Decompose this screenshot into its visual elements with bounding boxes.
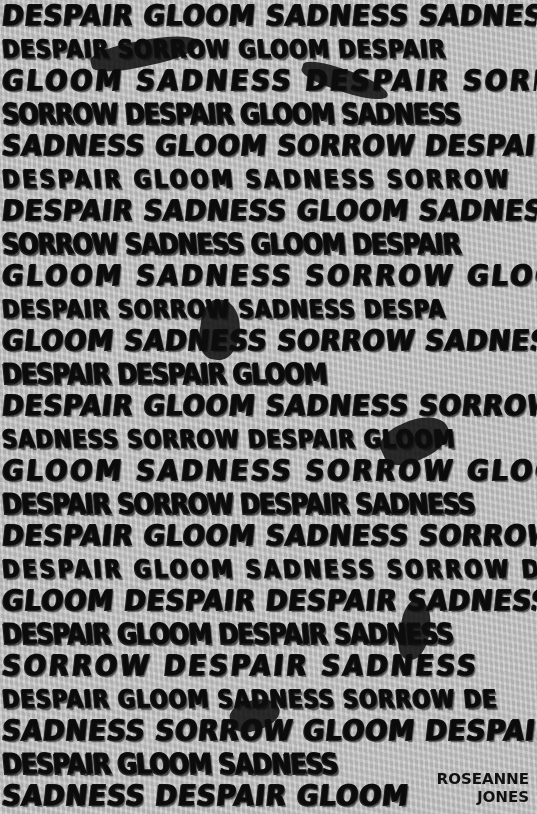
- word-row: GLOOM SADNESS DESPAIR SORROW: [0, 63, 537, 99]
- word-row: DESPAIR SADNESS GLOOM SADNESS: [0, 193, 537, 229]
- word-row: DESPAIR GLOOM SADNESS SORROW: [0, 518, 537, 554]
- word-row: GLOOM DESPAIR DESPAIR SADNESS: [0, 583, 537, 619]
- word-row: SADNESS GLOOM SORROW DESPAIR: [0, 128, 537, 164]
- word-row: DESPAIR GLOOM SADNESS SORROW: [0, 388, 537, 424]
- word-row: SORROW DESPAIR SADNESS: [0, 648, 537, 684]
- painting-canvas: DESPAIR GLOOM SADNESS SADNES DESPAIR SOR…: [0, 0, 537, 814]
- signature-line-1: ROSEANNE: [437, 770, 529, 788]
- word-row: GLOOM SADNESS SORROW GLOOM: [0, 453, 537, 489]
- signature-line-2: JONES: [437, 788, 529, 806]
- artist-signature: ROSEANNE JONES: [437, 770, 529, 806]
- word-row: GLOOM SADNESS SORROW GLOOM: [0, 258, 537, 294]
- word-rows: DESPAIR GLOOM SADNESS SADNES DESPAIR SOR…: [0, 0, 537, 814]
- word-row: GLOOM SADNESS SORROW SADNES: [0, 323, 537, 359]
